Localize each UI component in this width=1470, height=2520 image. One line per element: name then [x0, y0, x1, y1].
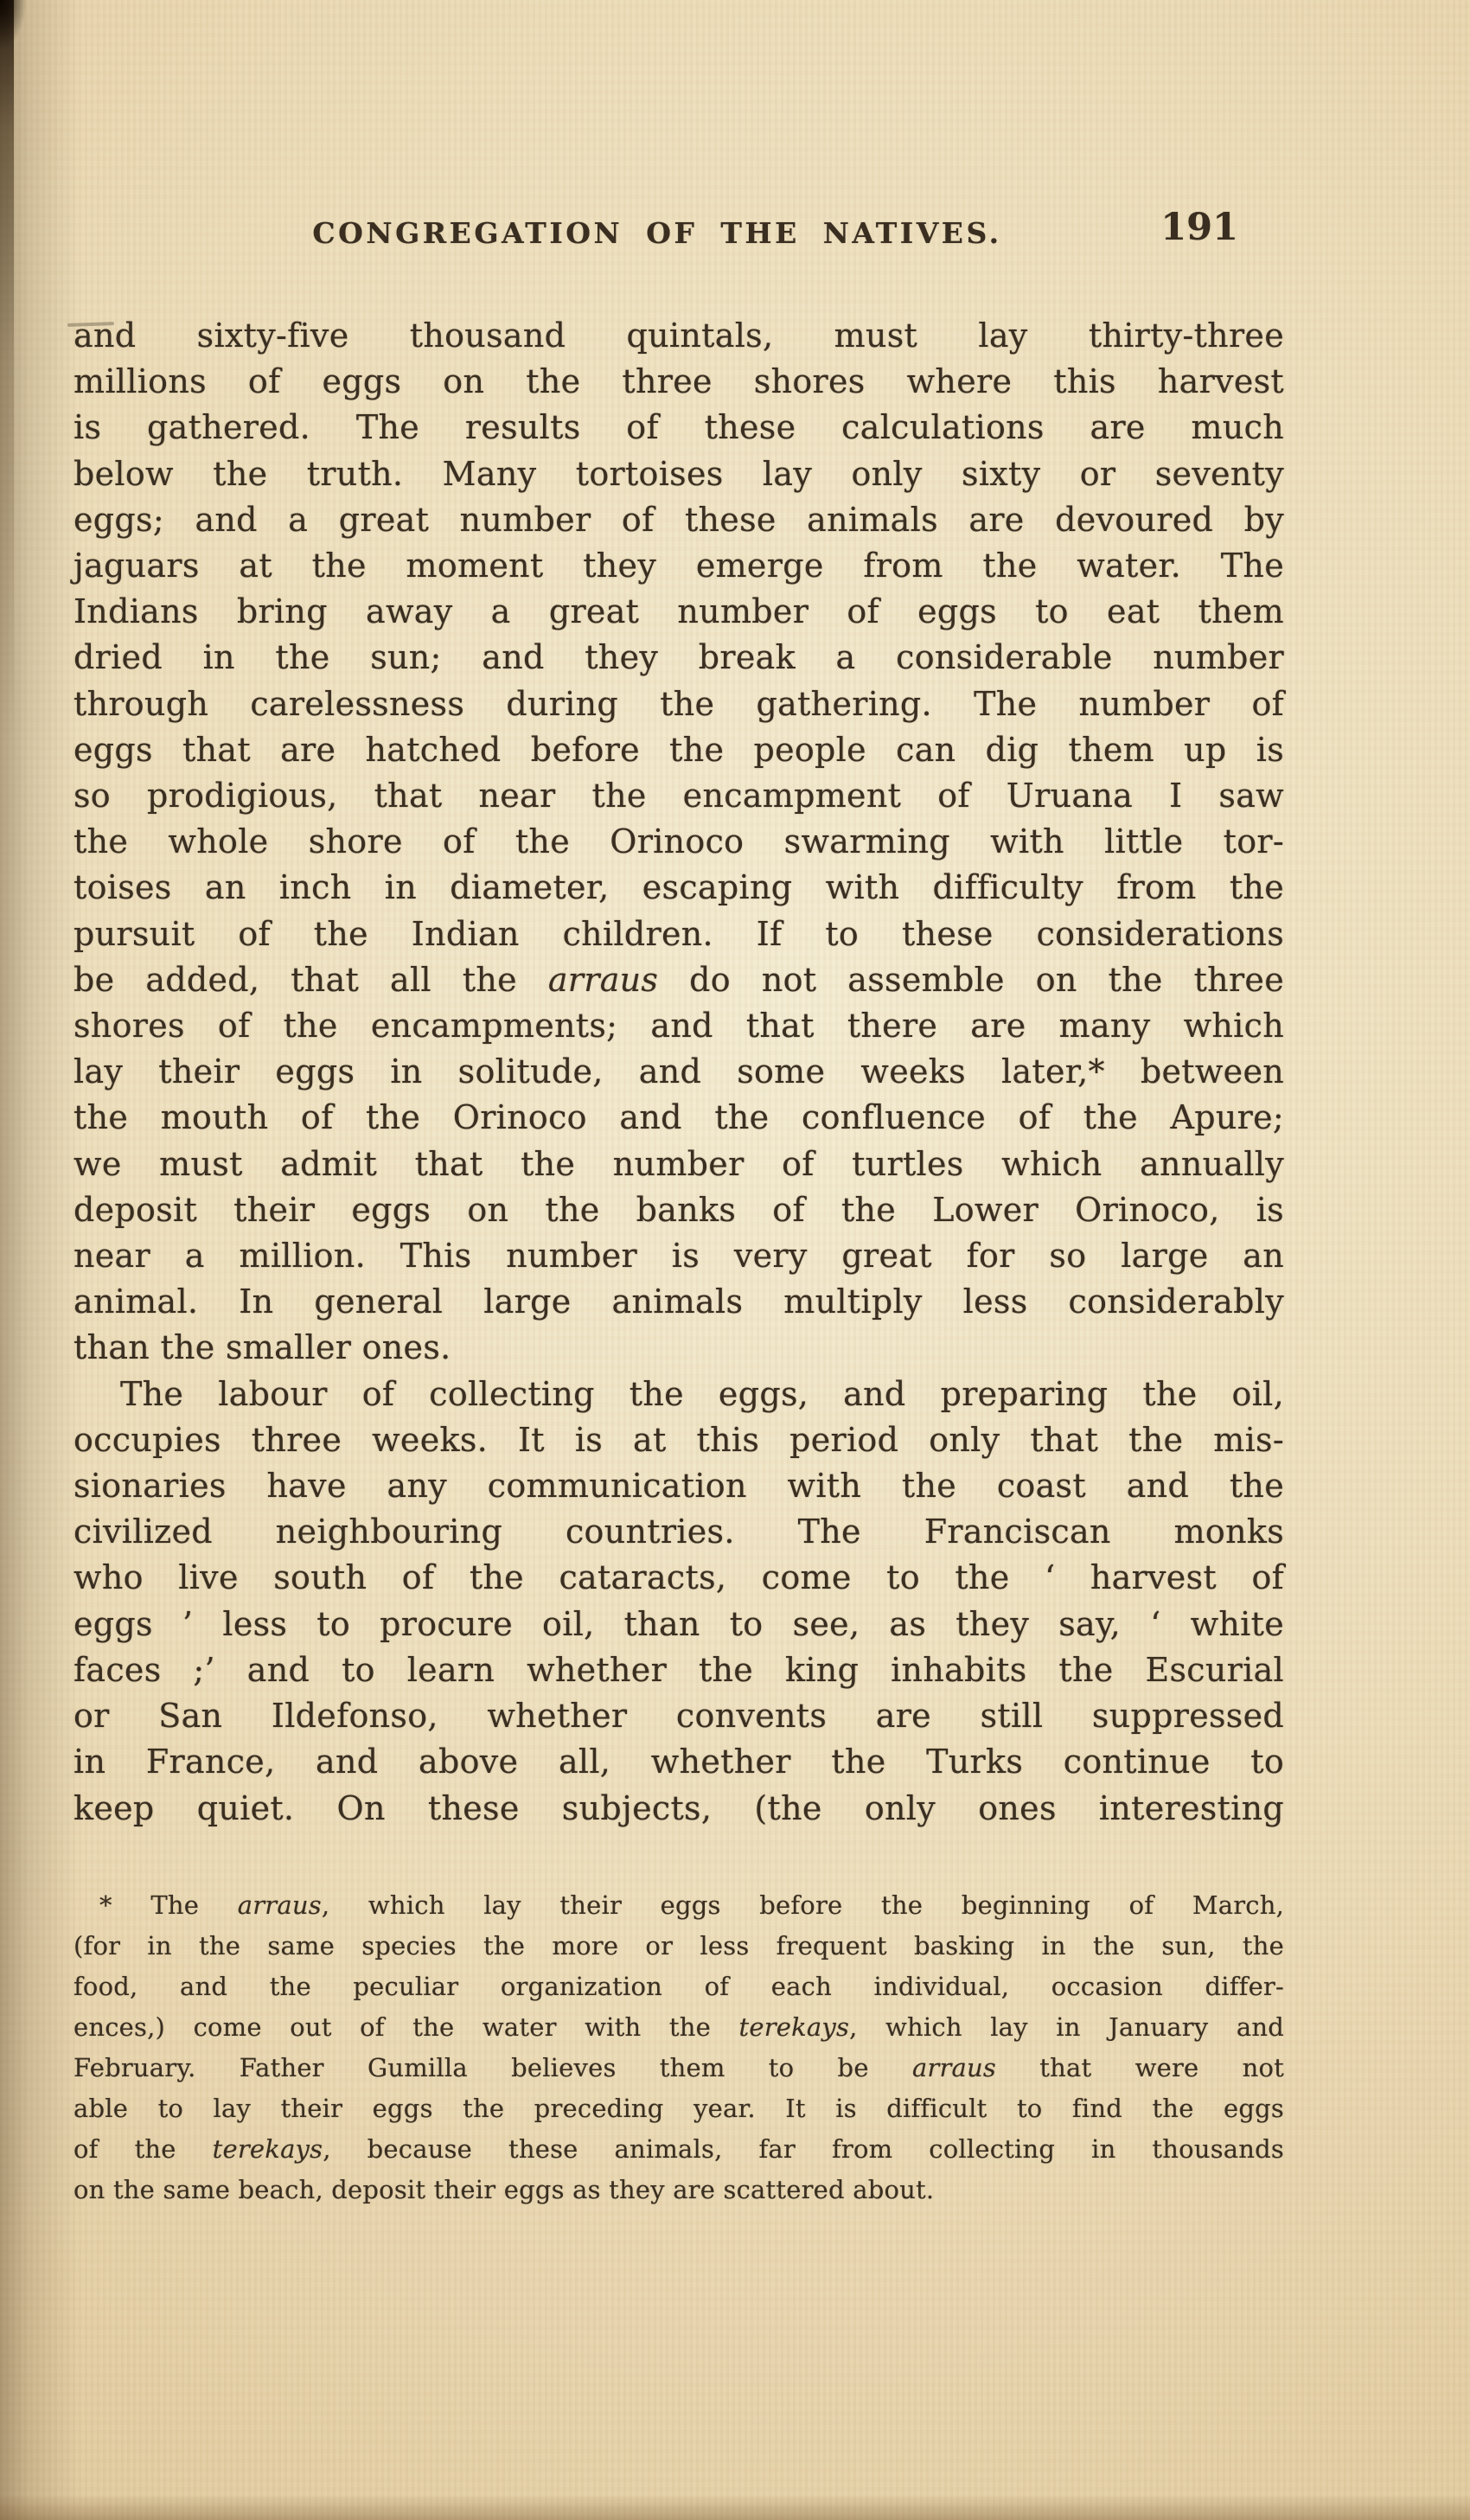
text-segment: be added, that all the: [73, 961, 548, 999]
text-segment: who live south of the cataracts, come to…: [73, 1558, 1284, 1596]
text-segment: deposit their eggs on the banks of the L…: [73, 1191, 1284, 1229]
text-line: (for in the same species the more or les…: [73, 1926, 1284, 1967]
book-page-scan: CONGREGATION OF THE NATIVES. 191 and six…: [0, 0, 1470, 2520]
text-segment: in France, and above all, whether the Tu…: [73, 1743, 1284, 1781]
text-line: near a million. This number is very grea…: [73, 1233, 1284, 1279]
text-segment: sionaries have any communication with th…: [73, 1467, 1284, 1505]
text-segment: near a million. This number is very grea…: [73, 1237, 1284, 1275]
text-line: of the terekays, because these animals, …: [73, 2129, 1284, 2170]
text-line: on the same beach, deposit their eggs as…: [73, 2170, 1284, 2210]
text-segment: The labour of collecting the eggs, and p…: [120, 1375, 1284, 1413]
text-line: keep quiet. On these subjects, (the only…: [73, 1786, 1284, 1832]
text-line: be added, that all the arraus do not ass…: [73, 957, 1284, 1003]
text-segment: , which lay their eggs before the beginn…: [322, 1890, 1284, 1920]
text-line: we must admit that the number of turtles…: [73, 1142, 1284, 1187]
text-segment: faces ;’ and to learn whether the king i…: [73, 1651, 1284, 1689]
italic-text: arraus: [238, 1890, 322, 1920]
footnote-text: * The arraus, which lay their eggs befor…: [73, 1885, 1284, 2210]
binding-shadow: [0, 0, 82, 2520]
text-line: sionaries have any communication with th…: [73, 1463, 1284, 1509]
text-line: is gathered. The results of these calcul…: [73, 405, 1284, 451]
text-segment: the whole shore of the Orinoco swarming …: [73, 822, 1284, 860]
text-segment: shores of the encampments; and that ther…: [73, 1007, 1284, 1045]
page-number: 191: [1160, 206, 1238, 249]
text-segment: food, and the peculiar organization of e…: [73, 1972, 1284, 2001]
text-line: millions of eggs on the three shores whe…: [73, 359, 1284, 405]
text-line: ences,) come out of the water with the t…: [73, 2007, 1284, 2048]
text-line: pursuit of the Indian children. If to th…: [73, 911, 1284, 957]
italic-text: arraus: [912, 2053, 996, 2082]
text-line: shores of the encampments; and that ther…: [73, 1003, 1284, 1049]
text-line: and sixty-five thousand quintals, must l…: [73, 313, 1284, 359]
text-segment: of the: [73, 2134, 213, 2164]
text-segment: on the same beach, deposit their eggs as…: [73, 2175, 934, 2204]
text-line: the whole shore of the Orinoco swarming …: [73, 819, 1284, 865]
text-segment: (for in the same species the more or les…: [73, 1931, 1284, 1960]
text-segment: civilized neighbouring countries. The Fr…: [73, 1513, 1284, 1551]
text-line: civilized neighbouring countries. The Fr…: [73, 1509, 1284, 1555]
text-segment: and sixty-five thousand quintals, must l…: [73, 317, 1284, 355]
text-segment: able to lay their eggs the preceding yea…: [73, 2094, 1284, 2123]
text-line: than the smaller ones.: [73, 1325, 1284, 1371]
text-segment: lay their eggs in solitude, and some wee…: [73, 1052, 1284, 1091]
text-segment: jaguars at the moment they emerge from t…: [73, 547, 1284, 585]
body-text: and sixty-five thousand quintals, must l…: [73, 313, 1284, 1832]
left-edge-shadow: [0, 0, 14, 744]
corner-scan-mark: [0, 0, 26, 48]
text-line: Indians bring away a great number of egg…: [73, 589, 1284, 635]
text-line: * The arraus, which lay their eggs befor…: [73, 1885, 1284, 1926]
text-line: jaguars at the moment they emerge from t…: [73, 543, 1284, 589]
text-segment: eggs; and a great number of these animal…: [73, 501, 1284, 539]
text-line: who live south of the cataracts, come to…: [73, 1555, 1284, 1601]
text-segment: animal. In general large animals multipl…: [73, 1282, 1284, 1321]
text-line: able to lay their eggs the preceding yea…: [73, 2088, 1284, 2129]
text-segment: eggs that are hatched before the people …: [73, 731, 1284, 769]
text-segment: below the truth. Many tortoises lay only…: [73, 455, 1284, 493]
text-segment: pursuit of the Indian children. If to th…: [73, 915, 1284, 953]
text-segment: dried in the sun; and they break a consi…: [73, 638, 1284, 676]
text-segment: do not assemble on the three: [658, 961, 1284, 999]
text-segment: that were not: [996, 2053, 1284, 2082]
text-line: lay their eggs in solitude, and some wee…: [73, 1049, 1284, 1095]
text-segment: we must admit that the number of turtles…: [73, 1145, 1284, 1183]
text-segment: eggs ’ less to procure oil, than to see,…: [73, 1605, 1284, 1643]
text-segment: the mouth of the Orinoco and the conflue…: [73, 1098, 1284, 1136]
italic-text: terekays: [739, 2012, 850, 2042]
text-segment: Indians bring away a great number of egg…: [73, 592, 1284, 630]
text-line: or San Ildefonso, whether convents are s…: [73, 1693, 1284, 1739]
text-line: The labour of collecting the eggs, and p…: [73, 1372, 1284, 1417]
text-line: toises an inch in diameter, escaping wit…: [73, 865, 1284, 911]
text-segment: occupies three weeks. It is at this peri…: [73, 1421, 1284, 1459]
text-segment: is gathered. The results of these calcul…: [73, 408, 1284, 446]
text-line: eggs ’ less to procure oil, than to see,…: [73, 1602, 1284, 1647]
text-segment: so prodigious, that near the encampment …: [73, 777, 1284, 815]
text-line: through carelessness during the gatherin…: [73, 681, 1284, 727]
text-line: occupies three weeks. It is at this peri…: [73, 1417, 1284, 1463]
text-segment: or San Ildefonso, whether convents are s…: [73, 1697, 1284, 1735]
text-segment: February. Father Gumilla believes them t…: [73, 2053, 912, 2082]
text-line: eggs; and a great number of these animal…: [73, 497, 1284, 543]
italic-text: arraus: [548, 961, 658, 999]
text-segment: than the smaller ones.: [73, 1328, 451, 1366]
text-line: faces ;’ and to learn whether the king i…: [73, 1647, 1284, 1693]
text-line: dried in the sun; and they break a consi…: [73, 635, 1284, 681]
text-segment: , which lay in January and: [849, 2012, 1284, 2042]
text-segment: , because these animals, far from collec…: [323, 2134, 1284, 2164]
text-line: eggs that are hatched before the people …: [73, 727, 1284, 773]
running-header-title: CONGREGATION OF THE NATIVES.: [138, 216, 1176, 250]
italic-text: terekays: [213, 2134, 323, 2164]
text-line: below the truth. Many tortoises lay only…: [73, 451, 1284, 497]
text-line: deposit their eggs on the banks of the L…: [73, 1187, 1284, 1233]
bottom-edge-shadow: [0, 2494, 1470, 2520]
text-segment: millions of eggs on the three shores whe…: [73, 362, 1284, 400]
text-line: animal. In general large animals multipl…: [73, 1279, 1284, 1325]
text-line: February. Father Gumilla believes them t…: [73, 2048, 1284, 2088]
text-segment: ences,) come out of the water with the: [73, 2012, 739, 2042]
text-line: the mouth of the Orinoco and the conflue…: [73, 1095, 1284, 1141]
text-line: food, and the peculiar organization of e…: [73, 1967, 1284, 2007]
text-segment: keep quiet. On these subjects, (the only…: [73, 1789, 1284, 1827]
text-segment: toises an inch in diameter, escaping wit…: [73, 868, 1284, 906]
text-segment: * The: [99, 1890, 238, 1920]
text-line: so prodigious, that near the encampment …: [73, 773, 1284, 819]
text-segment: through carelessness during the gatherin…: [73, 685, 1284, 723]
text-line: in France, and above all, whether the Tu…: [73, 1739, 1284, 1785]
